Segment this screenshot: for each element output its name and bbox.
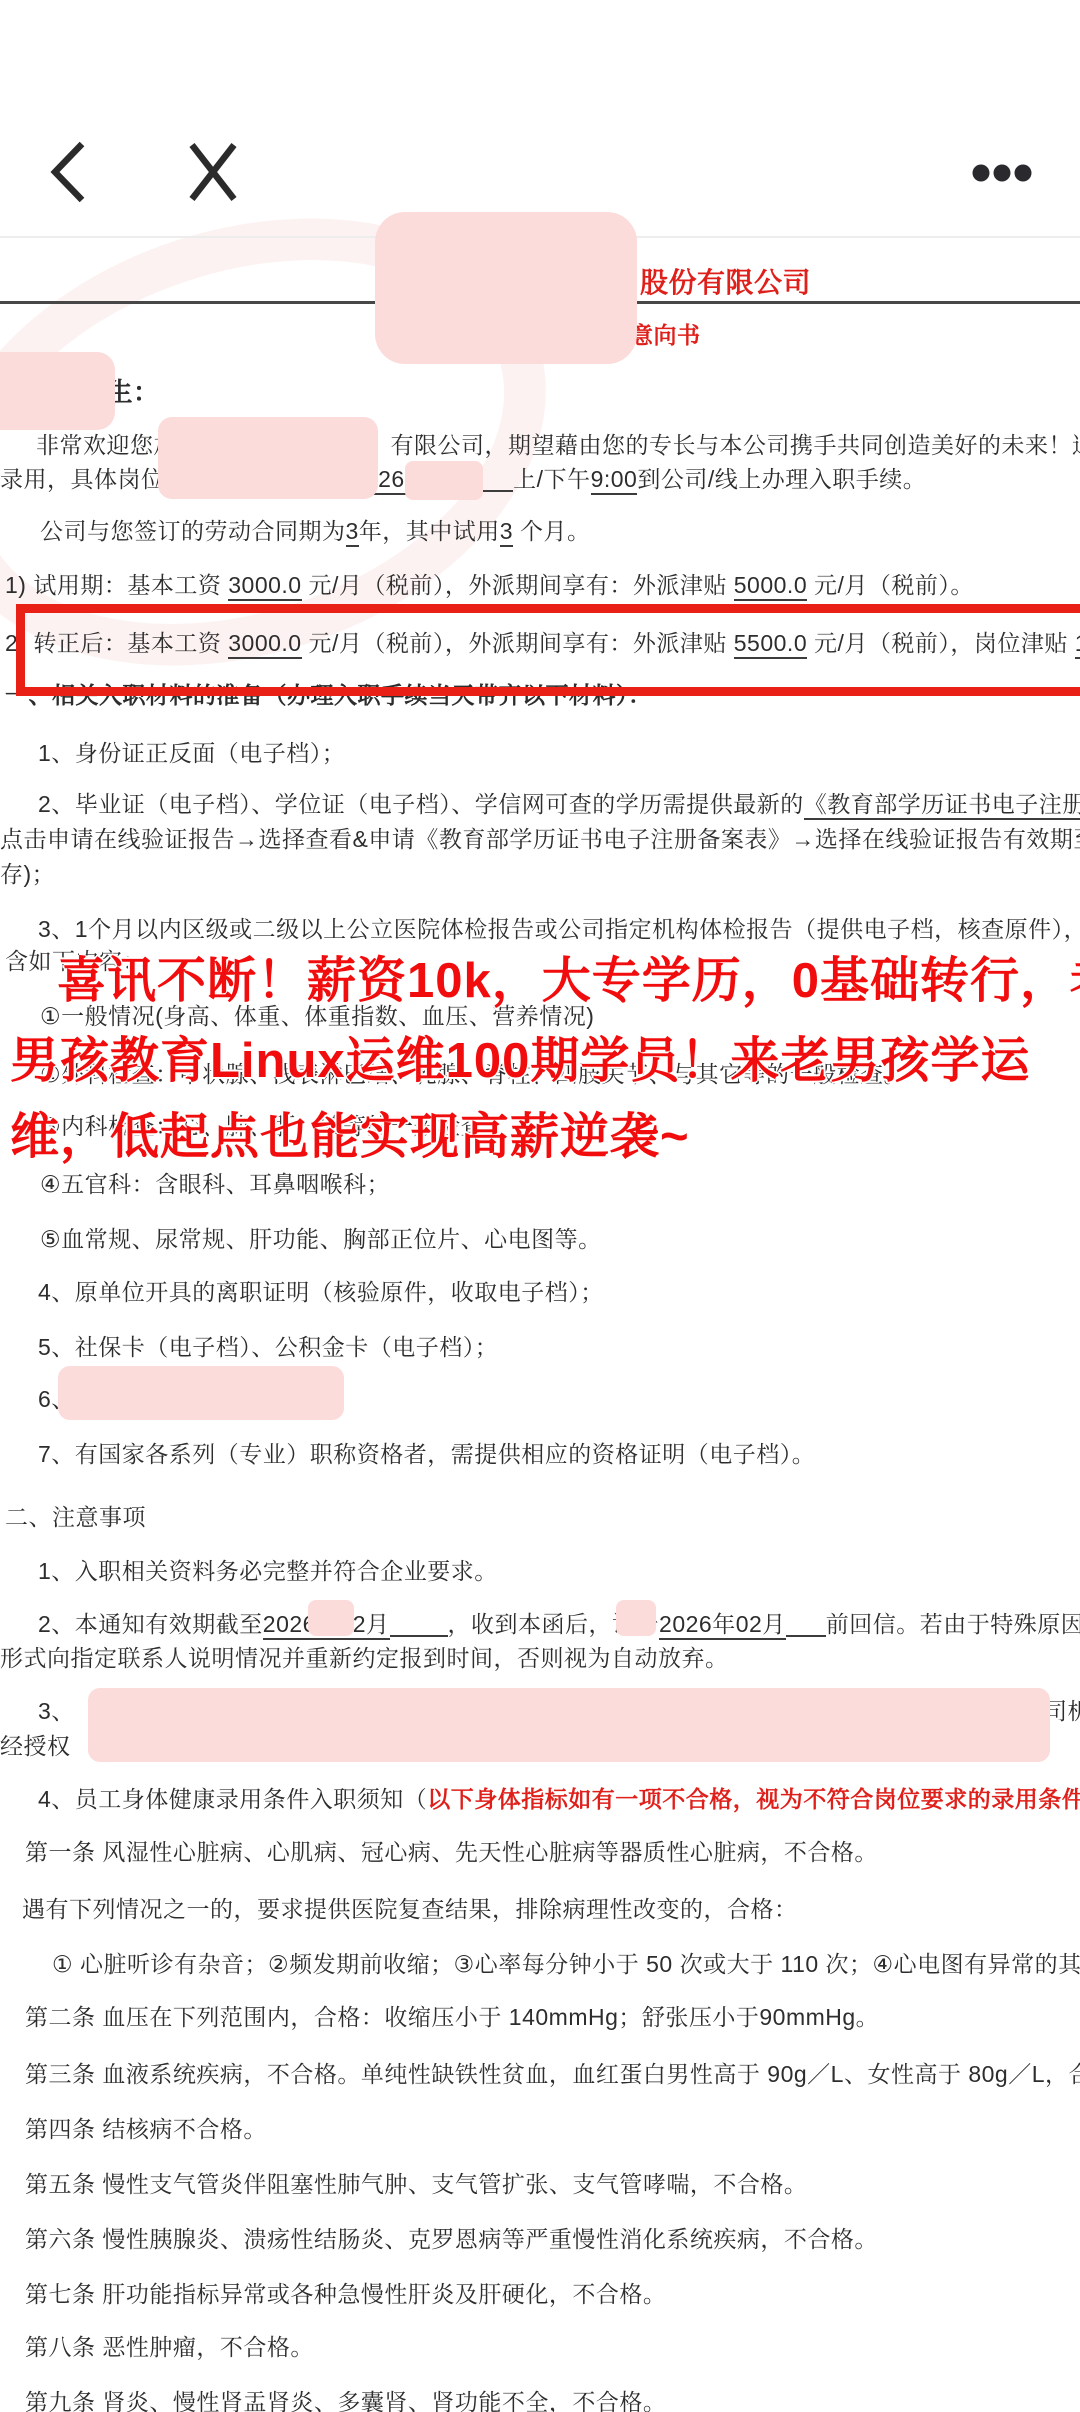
doc-line: 遇有下列情况之一的，要求提供医院复查结果，排除病理性改变的，合格： — [22, 1896, 798, 1924]
doc-line: 第九条 肾炎、慢性肾盂肾炎、多囊肾、肾功能不全，不合格。 — [25, 2389, 666, 2412]
salary-highlight-box — [16, 604, 1080, 696]
ad-overlay-line-3: 维，低起点也能实现高薪逆袭~ — [10, 1098, 690, 1168]
doc-line: 存)； — [0, 861, 55, 889]
doc-line: 第八条 恶性肿瘤，不合格。 — [25, 2334, 314, 2362]
redaction-block — [405, 461, 483, 500]
redaction-block — [88, 1688, 1050, 1762]
chevron-left-icon — [40, 196, 98, 211]
doc-line: 3、1个月以内区级或二级以上公立医院体检报告或公司指定机构体检报告（提供电子档，… — [38, 916, 1080, 944]
redaction-block — [308, 1600, 354, 1636]
doc-line: 二、注意事项 — [5, 1504, 146, 1532]
doc-line: 第七条 肝功能指标异常或各种急慢性肝炎及肝硬化，不合格。 — [25, 2281, 666, 2309]
redaction-block — [0, 352, 115, 430]
doc-line: 第一条 风湿性心脏病、心肌病、冠心病、先天性心脏病等器质性心脏病，不合格。 — [25, 1839, 878, 1867]
redaction-block — [58, 1366, 344, 1420]
doc-line: ① 心脏听诊有杂音；②频发期前收缩；③心率每分钟小于 50 次或大于 110 次… — [52, 1951, 1080, 1979]
doc-line: 股份有限公司 — [640, 266, 811, 300]
doc-line: 第四条 结核病不合格。 — [25, 2116, 267, 2144]
doc-line: 经授权 — [0, 1733, 71, 1761]
ad-overlay-line-2: 男孩教育Linux运维100期学员！来老男孩学运 — [10, 1022, 1030, 1092]
redaction-block — [158, 417, 378, 499]
doc-line: 2、毕业证（电子档）、学位证（电子档）、学信网可查的学历需提供最新的《教育部学历… — [38, 791, 1080, 819]
doc-line: 2、本通知有效期截至2026年02月，收到本函后，请于2026年02月前回信。若… — [38, 1611, 1080, 1639]
doc-line: 1、身份证正反面（电子档）； — [38, 740, 345, 768]
doc-line: 4、员工身体健康录用条件入职须知（以下身体指标如有一项不合格，视为不符合岗位要求… — [38, 1786, 1080, 1814]
doc-line: 形式向指定联系人说明情况并重新约定报到时间，否则视为自动放弃。 — [0, 1645, 729, 1673]
doc-line: 1) 试用期：基本工资 3000.0 元/月（税前），外派期间享有：外派津贴 5… — [5, 572, 974, 600]
doc-line: 3、 — [38, 1698, 75, 1726]
close-button[interactable] — [182, 140, 244, 204]
doc-line: ⑤血常规、尿常规、肝功能、胸部正位片、心电图等。 — [40, 1226, 602, 1254]
doc-line: 点击申请在线验证报告→选择查看&申请《教育部学历证书电子注册备案表》→选择在线验… — [0, 826, 1080, 854]
redaction-block — [616, 1600, 656, 1636]
doc-line: 第二条 血压在下列范围内，合格：收缩压小于 140mmHg；舒张压小于90mmH… — [25, 2004, 879, 2032]
doc-line: 意向书 — [630, 322, 701, 350]
back-button[interactable] — [40, 136, 98, 208]
doc-line: 第六条 慢性胰腺炎、溃疡性结肠炎、克罗恩病等严重慢性消化系统疾病，不合格。 — [25, 2226, 878, 2254]
doc-line: 5、社保卡（电子档）、公积金卡（电子档）； — [38, 1334, 498, 1362]
top-navigation-bar — [0, 0, 1080, 235]
doc-line: 7、有国家各系列（专业）职称资格者，需提供相应的资格证明（电子档）。 — [38, 1441, 815, 1469]
ad-overlay-line-1: 喜讯不断！薪资10k，大专学历，0基础转行，老 — [57, 942, 1080, 1012]
more-options-button[interactable] — [968, 160, 1038, 186]
doc-line: 第三条 血液系统疾病，不合格。单纯性缺铁性贫血，血红蛋白男性高于 90g／L、女… — [25, 2061, 1080, 2089]
doc-line: 1、入职相关资料务必完整并符合企业要求。 — [38, 1558, 498, 1586]
ellipsis-icon — [968, 174, 1038, 189]
doc-line: 第五条 慢性支气管炎伴阻塞性肺气肿、支气管扩张、支气管哮喘，不合格。 — [25, 2171, 807, 2199]
doc-line: ④五官科：含眼科、耳鼻咽喉科； — [40, 1171, 390, 1199]
doc-line: 公司与您签订的劳动合同期为3年，其中试用3 个月。 — [40, 518, 590, 546]
doc-line: 4、原单位开具的离职证明（核验原件，收取电子档）； — [38, 1279, 604, 1307]
close-icon — [182, 192, 244, 207]
